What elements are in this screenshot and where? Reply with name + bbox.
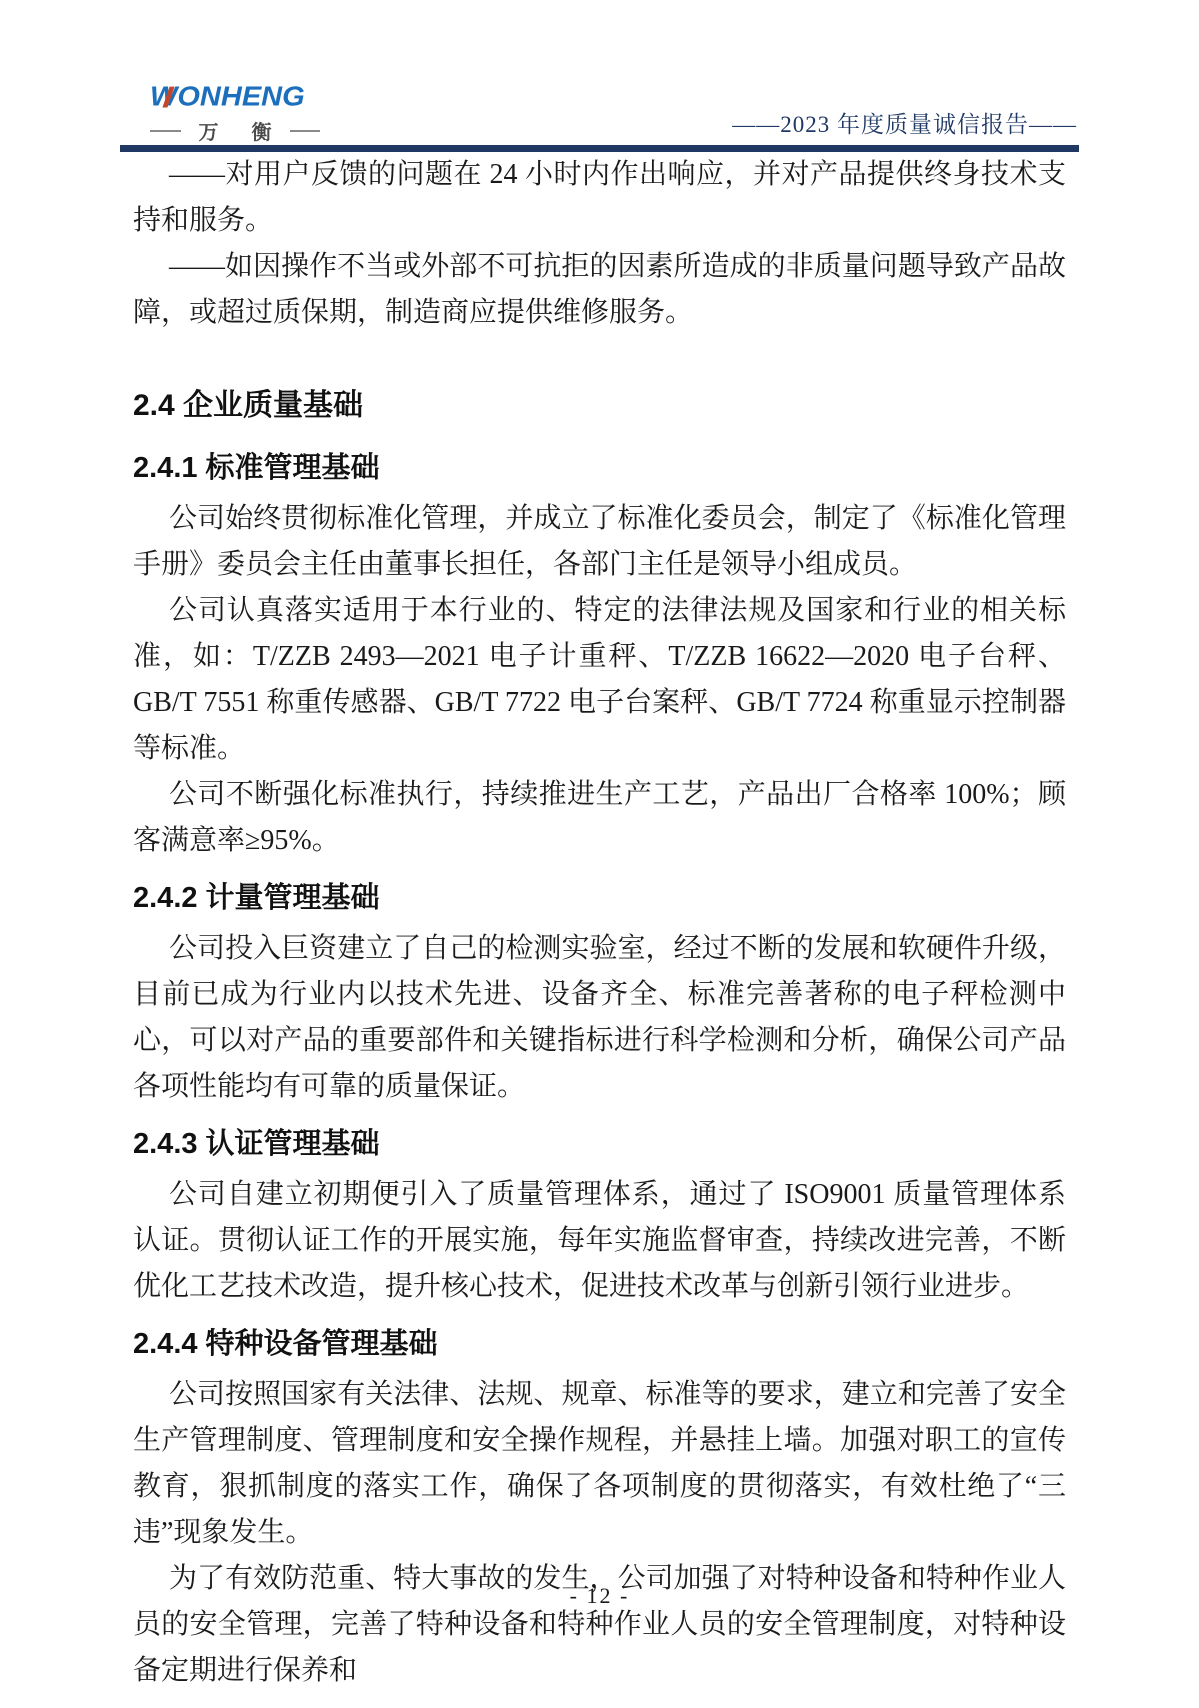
- report-title: ——2023 年度质量诚信报告——: [732, 106, 1077, 139]
- heading-2-4-1: 2.4.1 标准管理基础: [133, 450, 1066, 486]
- paragraph-special-equipment: 为了有效防范重、特大事故的发生，公司加强了对特种设备和特种作业人员的安全管理，完…: [133, 1556, 1066, 1694]
- heading-2-4-4: 2.4.4 特种设备管理基础: [133, 1326, 1066, 1362]
- logo-dash-right: [290, 130, 321, 132]
- paragraph-standards-list: 公司认真落实适用于本行业的、特定的法律法规及国家和行业的相关标准，如：T/ZZB…: [133, 588, 1066, 772]
- paragraph-pass-rate: 公司不断强化标准执行，持续推进生产工艺，产品出厂合格率 100%；顾客满意率≥9…: [133, 772, 1066, 864]
- paragraph-repair-service: ——如因操作不当或外部不可抗拒的因素所造成的非质量问题导致产品故障，或超过质保期…: [133, 244, 1066, 336]
- paragraph-safety-production: 公司按照国家有关法律、法规、规章、标准等的要求，建立和完善了安全生产管理制度、管…: [133, 1372, 1066, 1556]
- logo-subtext: 万 衡: [181, 116, 290, 145]
- page-header: WONHENG 万 衡 ——2023 年度质量诚信报告——: [120, 0, 1079, 152]
- paragraph-metrology-lab: 公司投入巨资建立了自己的检测实验室，经过不断的发展和软硬件升级，目前已成为行业内…: [133, 926, 1066, 1110]
- page-number: - 12 -: [0, 1583, 1199, 1609]
- report-page: WONHENG 万 衡 ——2023 年度质量诚信报告—— ——对用户反馈的问题…: [0, 0, 1199, 1708]
- paragraph-iso9001: 公司自建立初期便引入了质量管理体系，通过了 ISO9001 质量管理体系认证。贯…: [133, 1172, 1066, 1310]
- heading-2-4-2: 2.4.2 计量管理基础: [133, 880, 1066, 916]
- paragraph-response-24h: ——对用户反馈的问题在 24 小时内作出响应，并对产品提供终身技术支持和服务。: [133, 152, 1066, 244]
- heading-2-4: 2.4 企业质量基础: [133, 388, 1066, 424]
- heading-2-4-3: 2.4.3 认证管理基础: [133, 1126, 1066, 1162]
- logo-subtext-row: 万 衡: [150, 116, 320, 145]
- logo-dash-left: [150, 130, 181, 132]
- logo-wordmark: WONHENG: [150, 84, 325, 112]
- document-body: ——对用户反馈的问题在 24 小时内作出响应，并对产品提供终身技术支持和服务。 …: [133, 152, 1066, 1694]
- paragraph-standardization: 公司始终贯彻标准化管理，并成立了标准化委员会，制定了《标准化管理手册》委员会主任…: [133, 496, 1066, 588]
- company-logo: WONHENG 万 衡: [150, 83, 325, 145]
